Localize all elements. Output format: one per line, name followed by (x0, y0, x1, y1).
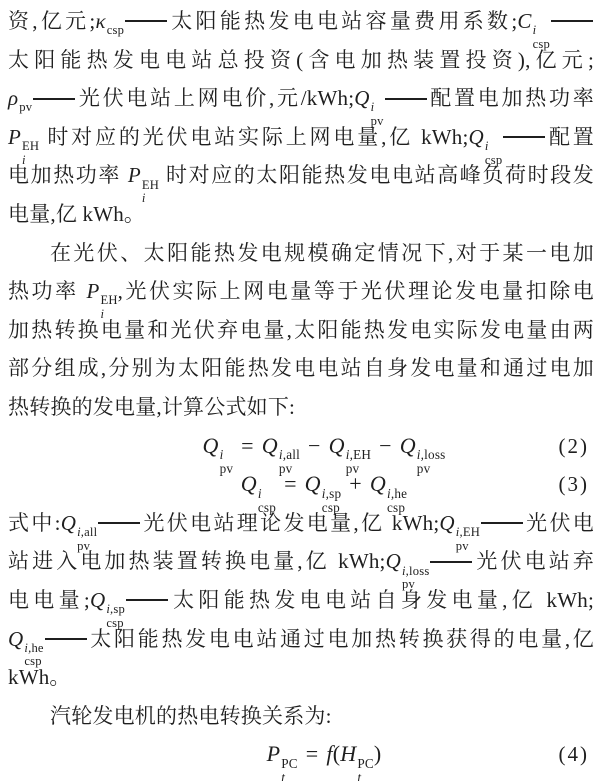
equation-body: PPCt=f(HPCt) (267, 735, 382, 781)
text-line-7: 在光伏、太阳能热发电规模确定情况下,对于某一电加 (8, 234, 594, 273)
text-run: 资,亿元; (8, 9, 95, 33)
math-var-Q: Qicsp (241, 471, 276, 496)
math-var-Q: Qi,spcsp (305, 471, 342, 496)
text-run: 时对应的太阳能热发电电站高峰负荷时段发 (159, 163, 594, 187)
superscript: EH (22, 140, 39, 154)
math-var-base: Q (8, 627, 23, 651)
math-var-Q: Qi,spcsp (90, 588, 125, 612)
text-run: ) (374, 741, 382, 766)
text-run: 热转换的发电量,计算公式如下: (8, 395, 295, 419)
paper-page: 资,亿元;κcsp太阳能热发电电站容量费用系数;Cicsp太阳能热发电电站总投资… (0, 0, 601, 774)
superscript: i,all (77, 526, 97, 540)
script-stack: icsp (258, 487, 276, 516)
text-run: 站进入电加热装置转换电量,亿 kWh; (8, 549, 386, 573)
superscript: i,EH (456, 526, 480, 540)
equation-2: Qipv=Qi,allpv−Qi,EHpv−Qi,losspv(2) (8, 427, 594, 466)
superscript: i (533, 24, 537, 38)
math-var-Q: Qipv (354, 86, 383, 110)
math-var-Q: Qi,allpv (262, 433, 300, 458)
script-stack: i,hecsp (387, 487, 407, 516)
text-line-2: 太阳能热发电电站总投资(含电加热装置投资),亿元; (8, 41, 594, 80)
text-run: 时对应的光伏电站实际上网电量,亿 kWh; (39, 125, 468, 149)
em-dash (551, 20, 593, 22)
superscript: i (371, 101, 375, 115)
text-run: 太阳能热发电电站通过电加热转换获得的电量,亿 (88, 627, 594, 651)
text-line-10: 部分组成,分别为太阳能热发电电站自身发电量和通过电加 (8, 349, 594, 388)
text-run: 配置 (546, 125, 594, 149)
subscript: csp (387, 501, 405, 515)
text-line-17: Qi,hecsp太阳能热发电电站通过电加热转换获得的电量,亿 (8, 620, 594, 659)
superscript: i (258, 487, 262, 501)
math-var-base: P (86, 279, 99, 303)
math-var-κ: κcsp (95, 9, 124, 33)
math-var-base: P (8, 125, 21, 149)
equation-number: (2) (559, 427, 590, 466)
text-run: kWh。 (8, 665, 71, 689)
math-var-base: P (128, 163, 141, 187)
math-var-Q: Qi,hecsp (370, 471, 407, 496)
math-var-base: Q (241, 471, 257, 496)
math-var-base: Q (386, 549, 401, 573)
text-line-11: 热转换的发电量,计算公式如下: (8, 388, 594, 427)
text-line-16: 电电量;Qi,spcsp太阳能热发电电站自身发电量,亿 kWh; (8, 581, 594, 620)
math-var-base: Q (305, 471, 321, 496)
superscript: PC (281, 757, 298, 771)
superscript: EH (142, 179, 159, 193)
text-line-1: 资,亿元;κcsp太阳能热发电电站容量费用系数;Cicsp (8, 2, 594, 41)
text-run: ,光伏实际上网电量等于光伏理论发电量扣除电 (118, 279, 594, 303)
text-run: 配置电加热功率 (428, 86, 594, 110)
em-dash (430, 561, 472, 563)
em-dash (126, 599, 168, 601)
text-line-6: 电量,亿 kWh。 (8, 195, 594, 234)
math-var-base: Q (400, 433, 416, 458)
text-run: 光伏电站上网电价,元/kWh; (76, 86, 354, 110)
text-run: 光伏电站弃 (473, 549, 594, 573)
superscript: i,he (24, 642, 43, 656)
superscript: i,sp (106, 603, 125, 617)
math-var-Q: Qi,losspv (386, 549, 430, 573)
math-var-Q: Qicsp (469, 125, 503, 149)
math-var-C: Cicsp (517, 9, 550, 33)
math-var-base: Q (61, 511, 76, 535)
text-line-19: 汽轮发电机的热电转换关系为: (8, 697, 594, 736)
text-run: 电电量; (8, 588, 90, 612)
text-line-18: kWh。 (8, 658, 594, 697)
superscript: PC (357, 757, 374, 771)
superscript: i,loss (417, 448, 446, 462)
math-var-P: PEHi (128, 163, 159, 187)
math-var-H: HPCt (340, 741, 374, 766)
text-run: 太阳能热发电电站容量费用系数; (168, 9, 517, 33)
equation-body: Qicsp=Qi,spcsp+Qi,hecsp (241, 465, 407, 515)
math-operator: + (349, 471, 362, 496)
text-line-5: 电加热功率 PEHi 时对应的太阳能热发电电站高峰负荷时段发 (8, 156, 594, 195)
equation-4: PPCt=f(HPCt)(4) (8, 735, 594, 774)
math-var-base: C (517, 9, 531, 33)
equation-number: (4) (559, 735, 590, 774)
superscript: i,loss (402, 565, 429, 579)
text-run: 部分组成,分别为太阳能热发电电站自身发电量和通过电加 (8, 356, 594, 380)
em-dash (385, 98, 427, 100)
subscript: csp (258, 501, 276, 515)
text-run: 电加热功率 (8, 163, 128, 187)
text-line-15: 站进入电加热装置转换电量,亿 kWh;Qi,losspv光伏电站弃 (8, 542, 594, 581)
superscript: EH (100, 294, 117, 308)
em-dash (503, 136, 545, 138)
em-dash (481, 522, 523, 524)
text-run: 在光伏、太阳能热发电规模确定情况下,对于某一电加 (50, 241, 594, 265)
math-var-base: Q (469, 125, 484, 149)
math-var-base: Q (90, 588, 105, 612)
math-var-Q: Qi,EHpv (439, 511, 480, 535)
em-dash (125, 20, 167, 22)
math-operator: = (284, 471, 297, 496)
em-dash (33, 98, 75, 100)
math-var-Q: Qi,hecsp (8, 627, 44, 651)
text-run: 太阳能热发电电站自身发电量,亿 kWh; (169, 588, 594, 612)
math-var-base: H (340, 741, 356, 766)
math-operator: = (306, 741, 319, 766)
text-run: 热功率 (8, 279, 86, 303)
math-operator: = (241, 433, 254, 458)
text-run: 加热转换电量和光伏弃电量,太阳能热发电实际发电量由两 (8, 318, 594, 342)
math-var-base: κ (95, 9, 105, 33)
superscript: i,he (387, 487, 407, 501)
math-var-base: P (267, 741, 281, 766)
text-line-4: PEHi 时对应的光伏电站实际上网电量,亿 kWh;Qicsp配置 (8, 118, 594, 157)
em-dash (45, 638, 87, 640)
math-var-Q: Qi,EHpv (329, 433, 371, 458)
math-var-base: Q (370, 471, 386, 496)
math-var-Q: Qi,losspv (400, 433, 446, 458)
math-var-base: Q (329, 433, 345, 458)
superscript: i (220, 448, 224, 462)
math-var-P: PEHi (86, 279, 117, 303)
equation-number: (3) (559, 465, 590, 504)
math-operator: − (308, 433, 321, 458)
math-var-base: Q (262, 433, 278, 458)
subscript: pv (19, 100, 32, 114)
superscript: i,EH (346, 448, 371, 462)
subscript: csp (322, 501, 340, 515)
superscript: i,sp (322, 487, 342, 501)
text-line-3: ρpv光伏电站上网电价,元/kWh;Qipv配置电加热功率 (8, 79, 594, 118)
math-var-base: ρ (8, 86, 18, 110)
math-var-base: Q (439, 511, 454, 535)
text-run: 式中: (8, 511, 61, 535)
document-body: 资,亿元;κcsp太阳能热发电电站容量费用系数;Cicsp太阳能热发电电站总投资… (8, 2, 594, 774)
math-var-base: Q (354, 86, 369, 110)
text-run: 光伏电 (524, 511, 594, 535)
math-operator: − (379, 433, 392, 458)
text-run: 汽轮发电机的热电转换关系为: (50, 704, 332, 728)
superscript: i (485, 140, 489, 154)
script-stack: PCt (281, 757, 298, 781)
math-var-ρ: ρpv (8, 86, 32, 110)
text-run: 电量,亿 kWh。 (8, 202, 145, 226)
text-line-8: 热功率 PEHi,光伏实际上网电量等于光伏理论发电量扣除电 (8, 272, 594, 311)
math-var-Q: Qi,allpv (61, 511, 98, 535)
superscript: i,all (279, 448, 300, 462)
em-dash (98, 522, 140, 524)
math-var-P: PEHi (8, 125, 39, 149)
equation-3: Qicsp=Qi,spcsp+Qi,hecsp(3) (8, 465, 594, 504)
math-var-P: PPCt (267, 741, 298, 766)
text-line-9: 加热转换电量和光伏弃电量,太阳能热发电实际发电量由两 (8, 311, 594, 350)
math-var-Q: Qipv (202, 433, 233, 458)
subscript: csp (107, 23, 124, 37)
script-stack: i,spcsp (322, 487, 342, 516)
math-var-base: Q (202, 433, 218, 458)
text-run: 太阳能热发电电站总投资(含电加热装置投资),亿元; (8, 48, 594, 72)
subscript: t (281, 771, 285, 781)
subscript: t (357, 771, 361, 781)
script-stack: PCt (357, 757, 374, 781)
